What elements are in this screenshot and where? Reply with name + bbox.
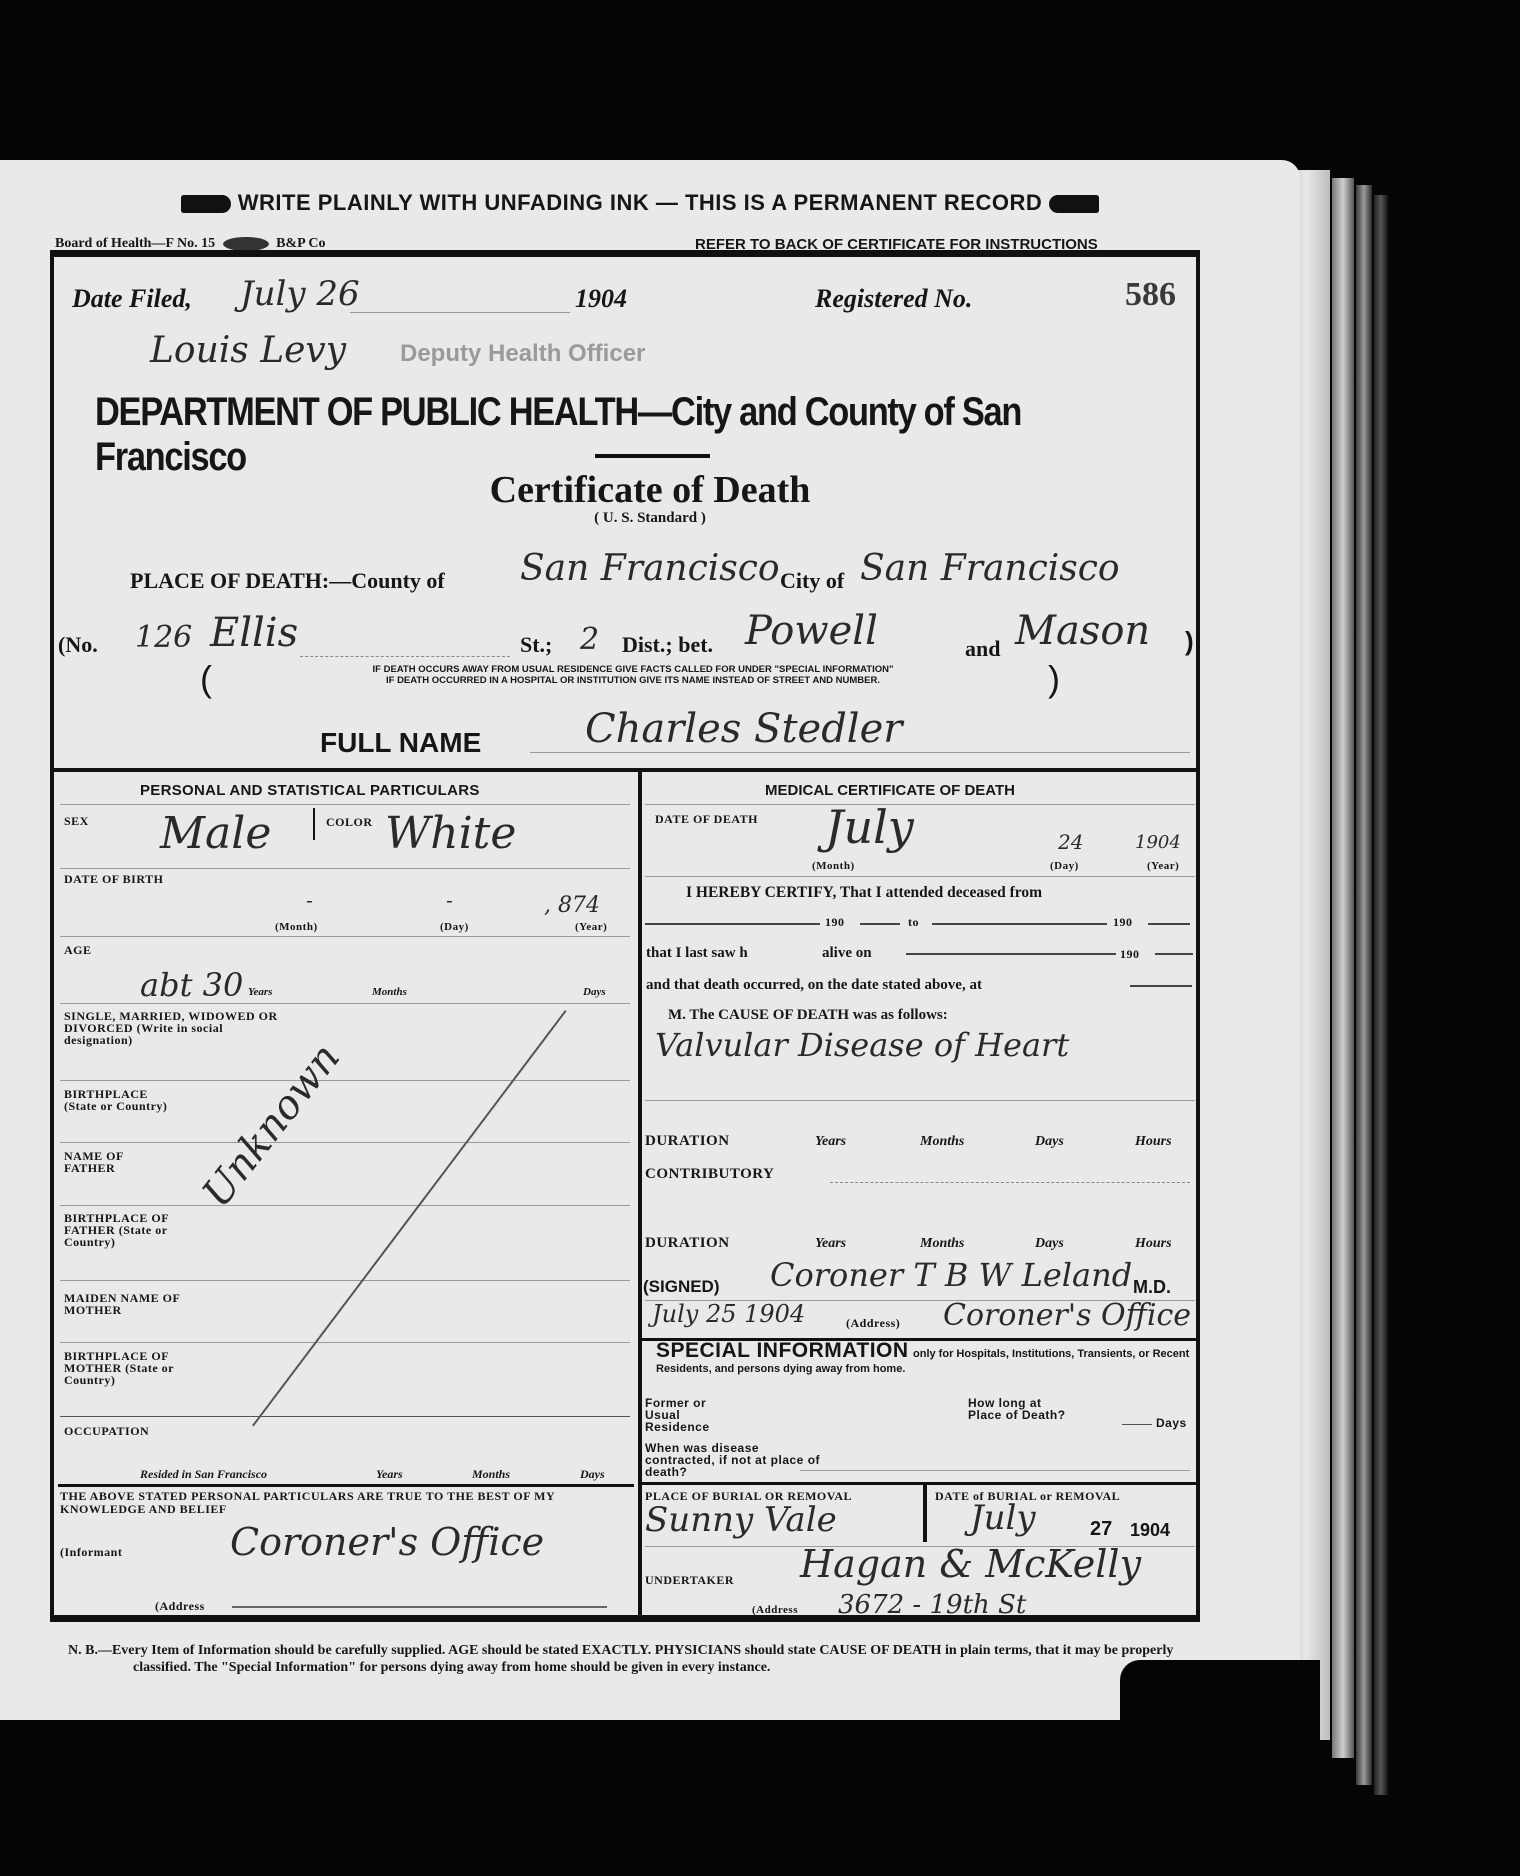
rule bbox=[1148, 923, 1190, 925]
footnote: N. B.—Every Item of Information should b… bbox=[68, 1642, 1193, 1676]
resided-months: Months bbox=[472, 1467, 510, 1482]
physician-address-label: (Address) bbox=[846, 1317, 900, 1329]
contributory-line bbox=[830, 1182, 1190, 1184]
sign-date: July 25 1904 bbox=[652, 1300, 805, 1328]
dod-year-label: (Year) bbox=[1147, 860, 1179, 872]
certificate-title: Certificate of Death bbox=[0, 468, 1300, 512]
informant-label: (Informant bbox=[60, 1546, 122, 1558]
duration-2-months: Months bbox=[920, 1236, 964, 1252]
paren-open: ( bbox=[200, 658, 212, 700]
duration-years: Years bbox=[815, 1134, 846, 1150]
attest-text: THE ABOVE STATED PERSONAL PARTICULARS AR… bbox=[60, 1490, 620, 1516]
resided-years: Years bbox=[376, 1467, 403, 1482]
rule bbox=[60, 936, 630, 937]
md-label: M.D. bbox=[1133, 1277, 1171, 1298]
duration-2-days: Days bbox=[1035, 1236, 1064, 1252]
to-190: 190 bbox=[1113, 916, 1133, 928]
alive-on-label: alive on bbox=[822, 945, 872, 962]
signed-label: (SIGNED) bbox=[643, 1277, 720, 1297]
dod-month: July bbox=[825, 800, 914, 854]
dob-year-label: (Year) bbox=[575, 921, 607, 933]
address-no-label: (No. bbox=[58, 632, 98, 658]
title-divider bbox=[595, 454, 710, 458]
marital-label: SINGLE, MARRIED, WIDOWED OR DIVORCED (Wr… bbox=[64, 1010, 284, 1046]
undertaker-label: UNDERTAKER bbox=[645, 1574, 734, 1586]
duration-days: Days bbox=[1035, 1134, 1064, 1150]
informant-address-line bbox=[232, 1606, 607, 1608]
sex-value: Male bbox=[160, 808, 271, 859]
mother-name-label: MAIDEN NAME OF MOTHER bbox=[64, 1292, 184, 1316]
rule bbox=[60, 804, 630, 805]
place-note: IF DEATH OCCURS AWAY FROM USUAL RESIDENC… bbox=[218, 664, 1048, 686]
contracted-line bbox=[800, 1470, 1190, 1471]
sex-color-divider bbox=[313, 808, 315, 840]
how-long-line bbox=[1122, 1424, 1152, 1425]
duration-months: Months bbox=[920, 1134, 964, 1150]
rule bbox=[1130, 985, 1192, 987]
street-line bbox=[300, 656, 510, 658]
city-value: San Francisco bbox=[860, 548, 1120, 589]
dod-day-label: (Day) bbox=[1050, 860, 1079, 872]
dob-month: - bbox=[306, 888, 313, 912]
between-street-2: Mason bbox=[1015, 608, 1150, 654]
registered-number: 586 bbox=[1125, 276, 1176, 314]
occurred-line: and that death occurred, on the date sta… bbox=[646, 977, 982, 994]
full-name-label: FULL NAME bbox=[320, 727, 481, 759]
duration-label: DURATION bbox=[645, 1135, 730, 1147]
place-of-death-label: PLACE OF DEATH:—County of bbox=[130, 568, 445, 594]
rule bbox=[645, 876, 1195, 877]
officer-title: Deputy Health Officer bbox=[400, 340, 645, 368]
physician-address: Coroner's Office bbox=[943, 1298, 1191, 1333]
date-filed-value: July 26 bbox=[240, 274, 360, 314]
alive-on-line bbox=[906, 953, 1116, 955]
district-value: 2 bbox=[580, 622, 599, 657]
pointing-hand-icon bbox=[181, 195, 231, 213]
address-street: Ellis bbox=[210, 610, 298, 656]
duration-2-label: DURATION bbox=[645, 1237, 730, 1249]
informant-value: Coroner's Office bbox=[230, 1520, 544, 1564]
former-residence-label: Former or Usual Residence bbox=[645, 1397, 745, 1433]
column-divider bbox=[638, 772, 642, 1622]
dob-label: DATE OF BIRTH bbox=[64, 873, 163, 885]
special-heading: SPECIAL INFORMATION only for Hospitals, … bbox=[656, 1344, 1196, 1376]
close-paren: ) bbox=[1185, 626, 1194, 657]
rule bbox=[60, 868, 630, 869]
registered-label: Registered No. bbox=[815, 284, 972, 314]
rule bbox=[60, 1003, 630, 1004]
certificate-standard: ( U. S. Standard ) bbox=[0, 510, 1300, 527]
dob-day: - bbox=[446, 888, 453, 912]
form-number: Board of Health—F No. 15 bbox=[55, 236, 215, 251]
date-filed-label: Date Filed, bbox=[72, 284, 192, 314]
undertaker-name: Hagan & McKelly bbox=[800, 1542, 1141, 1586]
full-name-line bbox=[530, 752, 1190, 753]
header-banner: WRITE PLAINLY WITH UNFADING INK — THIS I… bbox=[110, 190, 1170, 216]
age-days-label: Days bbox=[583, 986, 606, 998]
burial-column-divider bbox=[923, 1482, 927, 1542]
undertaker-address-label: (Address bbox=[752, 1604, 798, 1616]
banner-text: WRITE PLAINLY WITH UNFADING INK — THIS I… bbox=[238, 190, 1043, 215]
district-label: Dist.; bet. bbox=[622, 632, 713, 658]
age-months-label: Months bbox=[372, 986, 407, 998]
paren-close: ) bbox=[1048, 658, 1060, 700]
father-birthplace-label: BIRTHPLACE OF FATHER (State or Country) bbox=[64, 1212, 184, 1248]
sex-label: SEX bbox=[64, 815, 89, 827]
and-label: and bbox=[965, 636, 1000, 662]
to-label: to bbox=[908, 916, 919, 928]
book-page-edge bbox=[1332, 178, 1354, 1758]
rule bbox=[1155, 953, 1193, 955]
duration-2-hours: Hours bbox=[1135, 1236, 1172, 1252]
cause-line: M. The CAUSE OF DEATH was as follows: bbox=[668, 1007, 948, 1024]
between-street-1: Powell bbox=[745, 608, 878, 654]
burial-divider bbox=[642, 1482, 1198, 1485]
rule bbox=[60, 1080, 630, 1081]
from-190: 190 bbox=[825, 916, 845, 928]
color-value: White bbox=[385, 808, 516, 859]
how-long-days-label: Days bbox=[1156, 1417, 1187, 1429]
place-note-line-2: IF DEATH OCCURRED IN A HOSPITAL OR INSTI… bbox=[218, 675, 1048, 686]
rule bbox=[645, 1100, 1195, 1101]
address-number: 126 bbox=[135, 620, 192, 655]
date-filed-year: 1904 bbox=[575, 284, 627, 314]
union-seal-icon bbox=[223, 237, 269, 251]
officer-signature: Louis Levy bbox=[150, 330, 346, 371]
dod-year: 1904 bbox=[1135, 832, 1181, 853]
father-name-label: NAME OF FATHER bbox=[64, 1150, 154, 1174]
age-years-label: Years bbox=[248, 986, 272, 998]
rule bbox=[60, 1416, 630, 1417]
alive-190: 190 bbox=[1120, 948, 1140, 960]
city-label: City of bbox=[780, 568, 844, 594]
rule bbox=[60, 1142, 630, 1143]
how-long-label: How long at Place of Death? bbox=[968, 1397, 1078, 1421]
printer: B&P Co bbox=[276, 236, 325, 251]
burial-place: Sunny Vale bbox=[645, 1500, 837, 1540]
duration-hours: Hours bbox=[1135, 1134, 1172, 1150]
resided-days: Days bbox=[580, 1467, 605, 1482]
dob-year: , 874 bbox=[544, 893, 600, 918]
department-title: DEPARTMENT OF PUBLIC HEALTH—City and Cou… bbox=[95, 390, 1041, 480]
full-name-value: Charles Stedler bbox=[585, 706, 902, 752]
medical-heading: MEDICAL CERTIFICATE OF DEATH bbox=[765, 782, 1015, 799]
certify-line: I HEREBY CERTIFY, That I attended deceas… bbox=[686, 884, 1042, 902]
section-divider bbox=[54, 768, 1196, 772]
rule bbox=[60, 1342, 630, 1343]
page-shadow bbox=[1120, 1660, 1320, 1780]
burial-date-month: July bbox=[970, 1498, 1036, 1538]
physician-signature: Coroner T B W Leland bbox=[770, 1256, 1132, 1294]
book-page-edge bbox=[1374, 195, 1388, 1795]
contracted-label: When was disease contracted, if not at p… bbox=[645, 1442, 825, 1478]
age-value: abt 30 bbox=[140, 966, 243, 1004]
burial-date-day: 27 bbox=[1090, 1518, 1112, 1541]
rule bbox=[60, 1280, 630, 1281]
resided-label: Resided in San Francisco bbox=[140, 1467, 267, 1482]
place-note-line-1: IF DEATH OCCURS AWAY FROM USUAL RESIDENC… bbox=[218, 664, 1048, 675]
attest-divider bbox=[58, 1484, 634, 1487]
personal-heading: PERSONAL AND STATISTICAL PARTICULARS bbox=[140, 782, 480, 799]
dod-label: DATE OF DEATH bbox=[655, 813, 758, 825]
rule bbox=[645, 804, 1195, 805]
color-label: COLOR bbox=[326, 816, 373, 828]
rule bbox=[860, 923, 900, 925]
special-heading-title: SPECIAL INFORMATION bbox=[656, 1339, 909, 1362]
pointing-hand-icon bbox=[1049, 195, 1099, 213]
dob-day-label: (Day) bbox=[440, 921, 469, 933]
dod-month-label: (Month) bbox=[812, 860, 855, 872]
dob-month-label: (Month) bbox=[275, 921, 318, 933]
informant-address-label: (Address bbox=[155, 1600, 205, 1612]
duration-2-years: Years bbox=[815, 1236, 846, 1252]
street-label: St.; bbox=[520, 632, 552, 658]
from-line bbox=[645, 923, 820, 925]
mother-birthplace-label: BIRTHPLACE OF MOTHER (State or Country) bbox=[64, 1350, 184, 1386]
county-value: San Francisco bbox=[520, 548, 780, 589]
dod-day: 24 bbox=[1058, 830, 1083, 854]
book-page-edge bbox=[1356, 185, 1372, 1785]
occupation-label: OCCUPATION bbox=[64, 1425, 149, 1437]
birthplace-label: BIRTHPLACE (State or Country) bbox=[64, 1088, 184, 1112]
undertaker-address: 3672 - 19th St bbox=[838, 1590, 1026, 1620]
cause-of-death: Valvular Disease of Heart bbox=[655, 1026, 1069, 1064]
rule bbox=[60, 1205, 630, 1206]
age-label: AGE bbox=[64, 944, 92, 956]
last-saw-label: that I last saw h bbox=[646, 945, 748, 962]
date-filed-line bbox=[350, 312, 570, 313]
to-line bbox=[932, 923, 1107, 925]
contributory-label: CONTRIBUTORY bbox=[645, 1168, 774, 1180]
burial-date-year: 1904 bbox=[1130, 1520, 1170, 1541]
